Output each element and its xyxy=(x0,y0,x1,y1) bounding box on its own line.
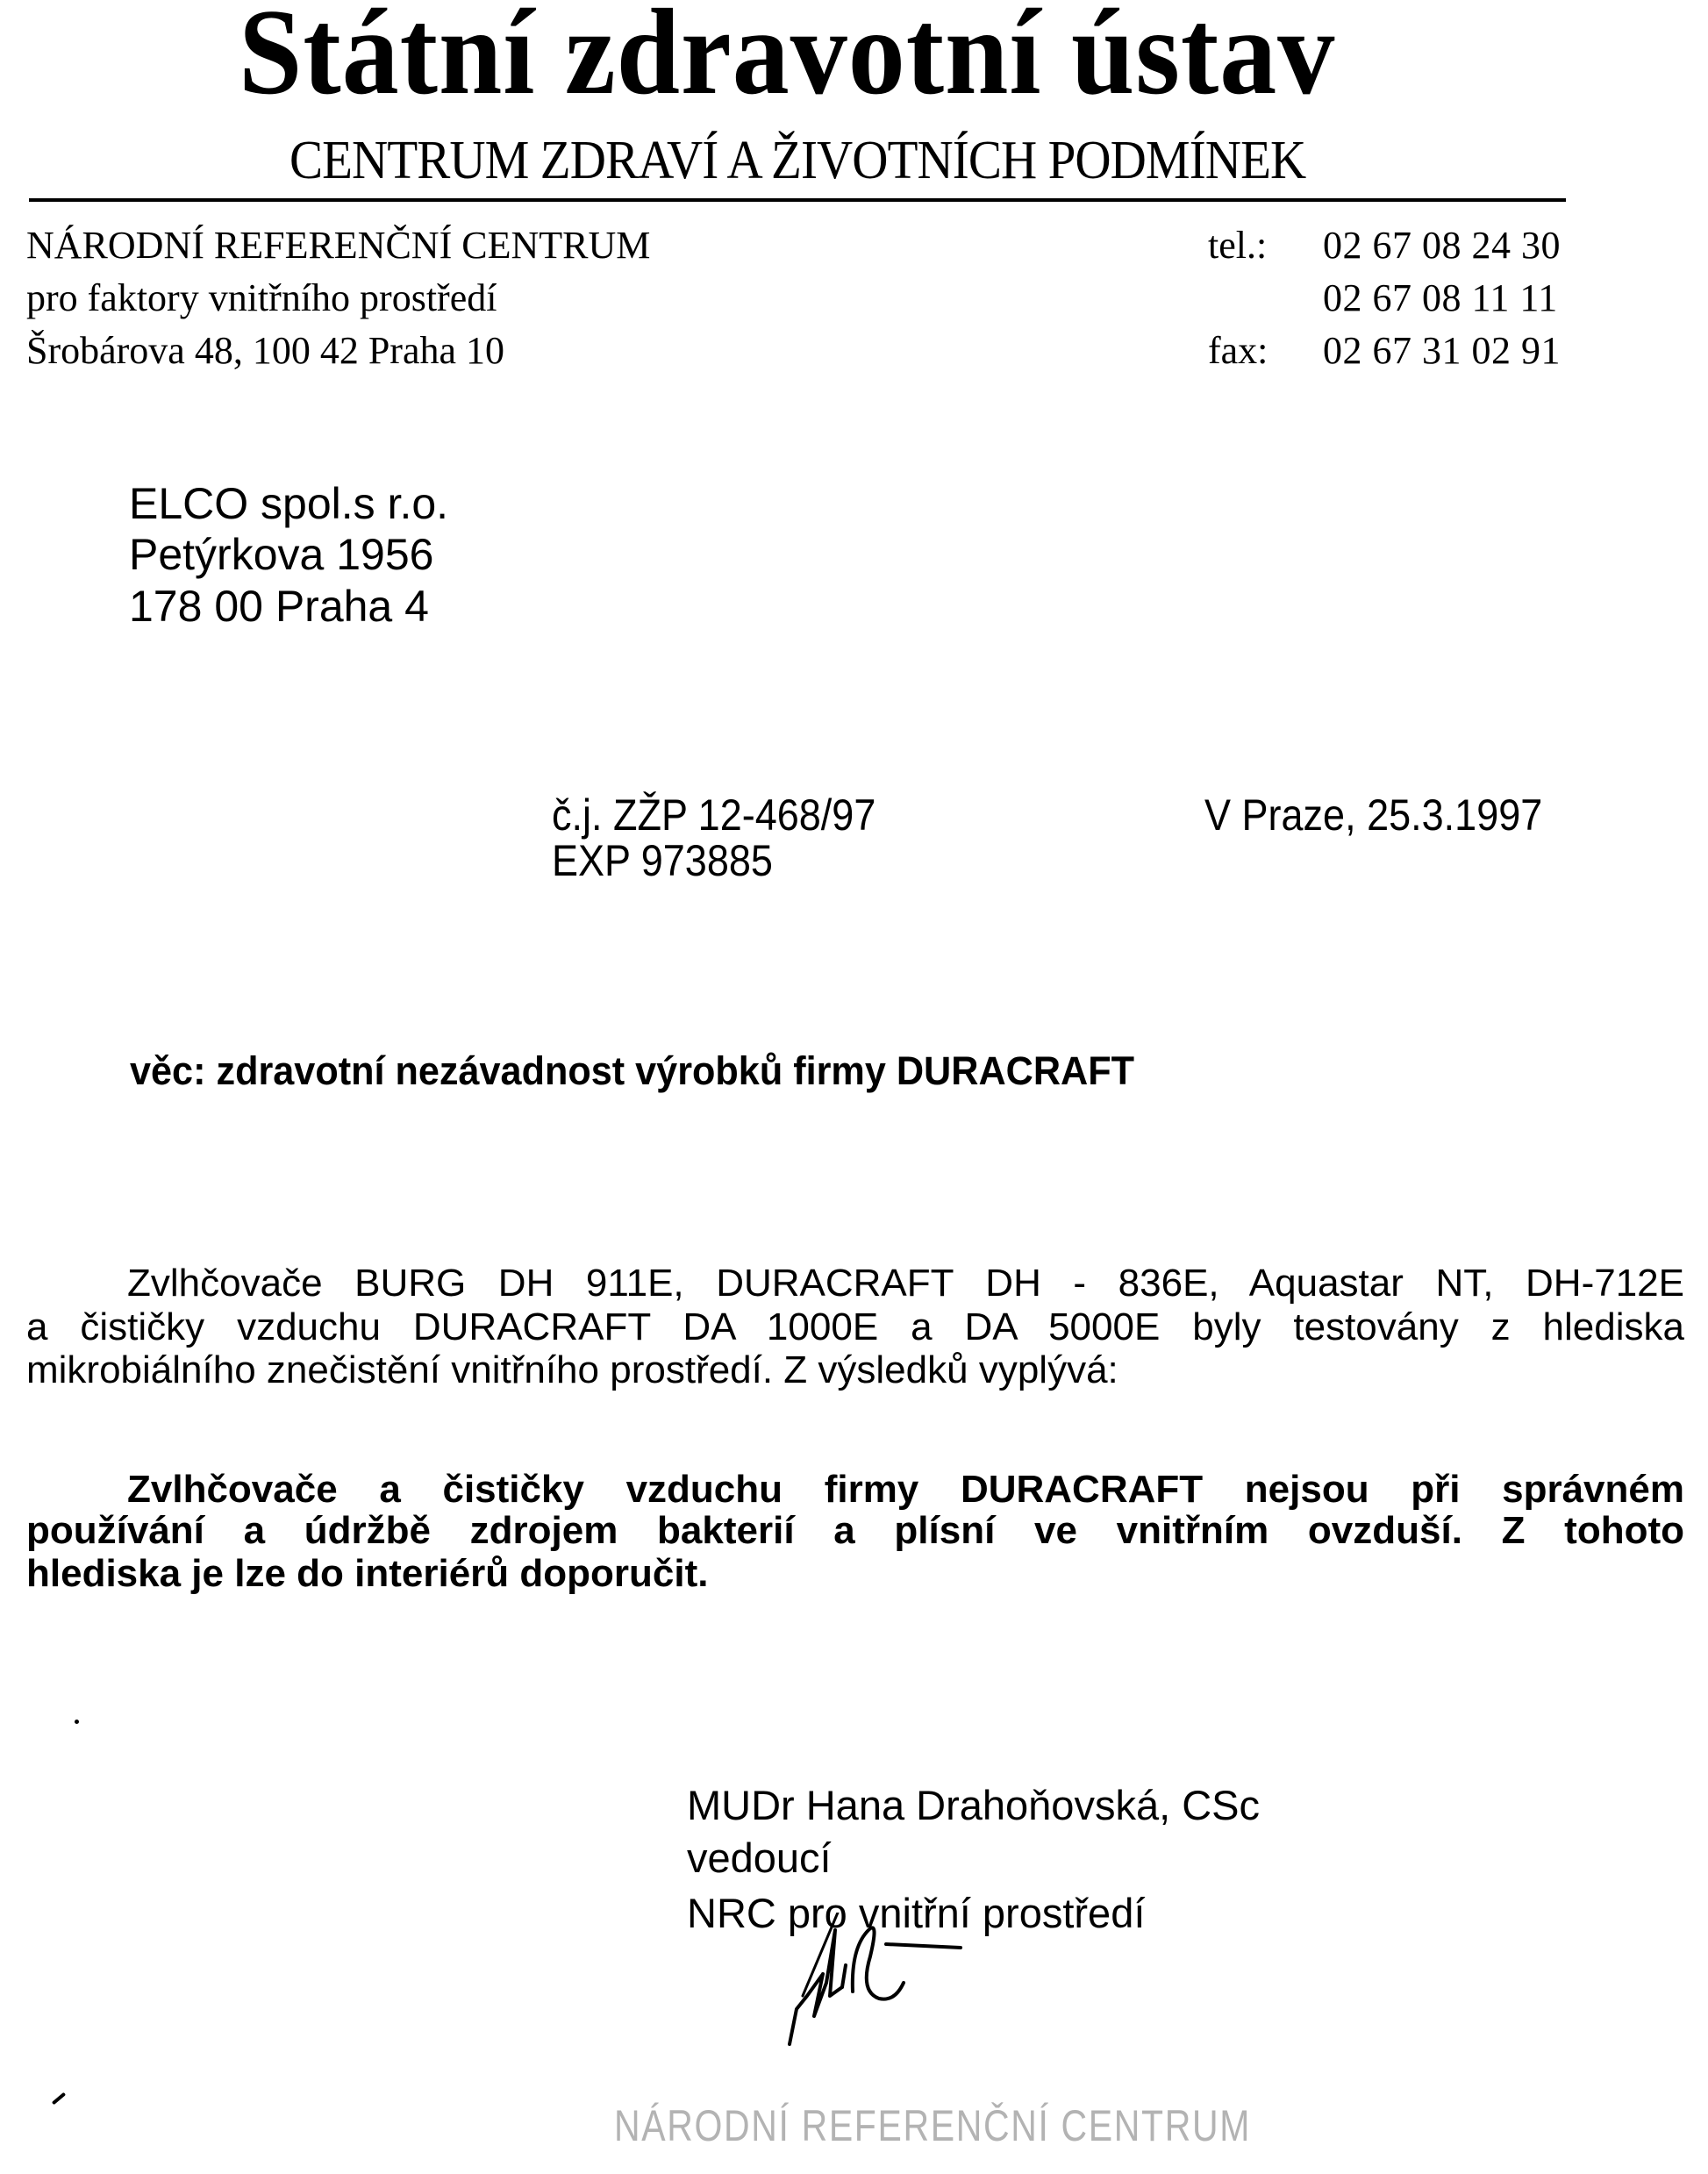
conclusion-text-line: hlediska je lze do interiérů doporučit. xyxy=(26,1555,708,1593)
institution-subtitle: CENTRUM ZDRAVÍ A ŽIVOTNÍCH PODMÍNEK xyxy=(289,133,1305,188)
tel-label: tel.: xyxy=(1208,226,1267,265)
conclusion-text-line: používání a údržbě zdrojem bakterií a pl… xyxy=(26,1512,1684,1550)
body-text-line: Zvlhčovače BURG DH 911E, DURACRAFT DH - … xyxy=(127,1264,1684,1303)
signatory-role: vedoucí xyxy=(687,1837,832,1878)
body-text-line: mikrobiálního znečistění vnitřního prost… xyxy=(26,1351,1118,1390)
recipient-line: ELCO spol.s r.o. xyxy=(129,482,448,526)
handwritten-signature xyxy=(772,1913,1070,2053)
body-text-line: a čističky vzduchu DURACRAFT DA 1000E a … xyxy=(26,1308,1684,1347)
scan-speck xyxy=(75,1720,79,1724)
signatory-name: MUDr Hana Drahoňovská, CSc xyxy=(687,1784,1260,1826)
header-rule xyxy=(29,198,1566,202)
recipient-line: 178 00 Praha 4 xyxy=(129,584,429,628)
conclusion-text-line: Zvlhčovače a čističky vzduchu firmy DURA… xyxy=(127,1470,1684,1509)
sender-line: pro faktory vnitřního prostředí xyxy=(26,279,497,318)
exp-number: EXP 973885 xyxy=(552,839,773,883)
subject-line: věc: zdravotní nezávadnost výrobků firmy… xyxy=(130,1051,1134,1091)
case-number: č.j. ZŽP 12-468/97 xyxy=(552,793,875,837)
phone-number: 02 67 08 11 11 xyxy=(1323,279,1558,318)
fax-label: fax: xyxy=(1208,332,1268,370)
phone-number: 02 67 08 24 30 xyxy=(1323,226,1561,265)
scan-speck xyxy=(52,2092,66,2106)
sender-line: NÁRODNÍ REFERENČNÍ CENTRUM xyxy=(26,226,650,265)
sender-line: Šrobárova 48, 100 42 Praha 10 xyxy=(26,332,504,370)
place-date: V Praze, 25.3.1997 xyxy=(1204,793,1542,837)
fax-number: 02 67 31 02 91 xyxy=(1323,332,1561,370)
recipient-line: Petýrkova 1956 xyxy=(129,533,433,576)
institution-stamp: NÁRODNÍ REFERENČNÍ CENTRUM xyxy=(614,2104,1251,2148)
institution-title: Státní zdravotní ústav xyxy=(239,0,1335,114)
